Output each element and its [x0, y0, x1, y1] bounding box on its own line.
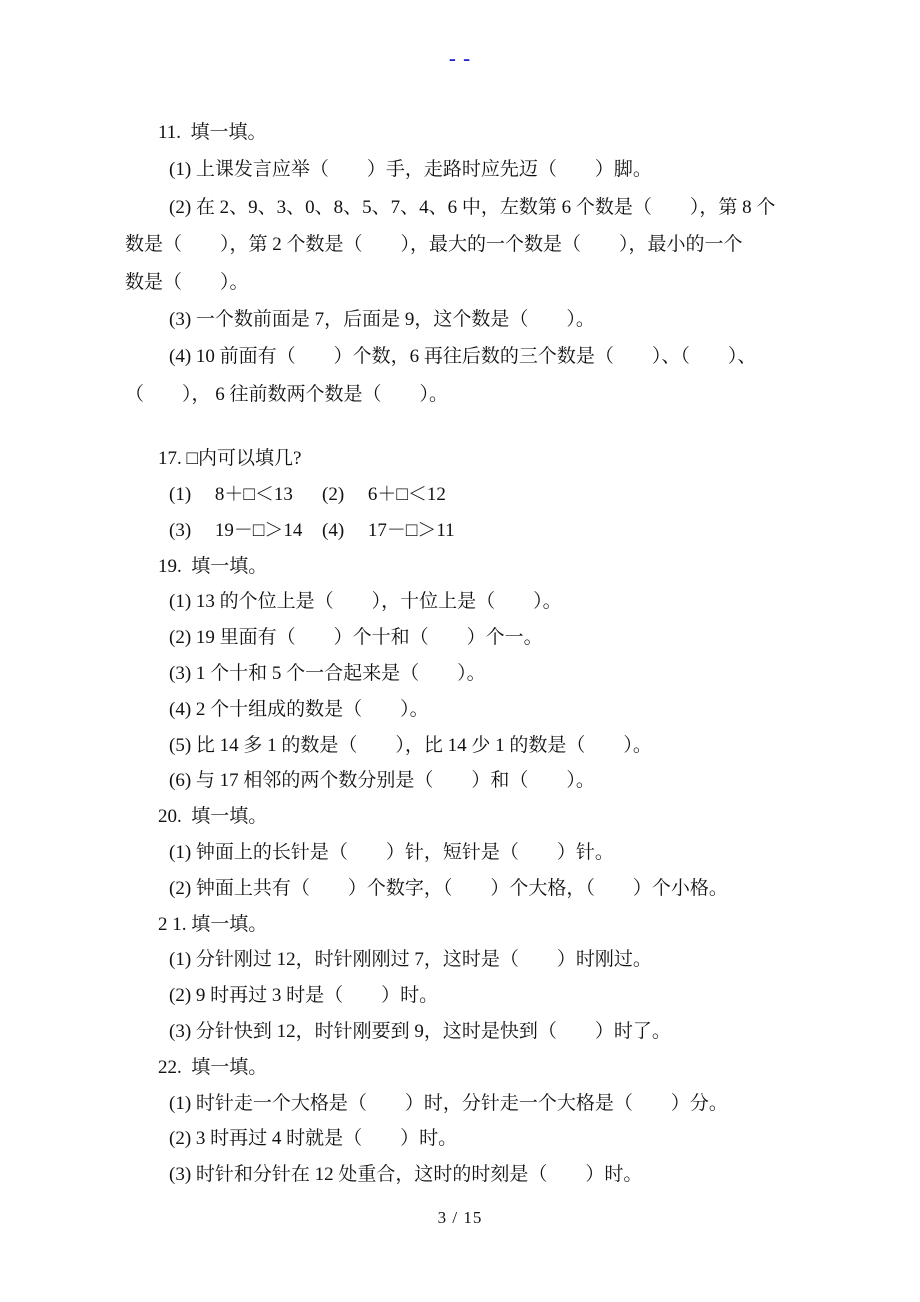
section-block-a: 11. 填一填。(1) 上课发言应举（ ）手，走路时应先迈（ ）脚。(2) 在 … [125, 114, 815, 413]
section-heading: 22. 填一填。 [158, 1050, 815, 1086]
section-heading: 19. 填一填。 [158, 549, 815, 585]
question-line: (2) 3 时再过 4 时就是（ ）时。 [169, 1121, 815, 1157]
question-line: (2) 在 2、9、3、0、8、5、7、4、6 中，左数第 6 个数是（ ），第… [169, 189, 815, 226]
question-line: (5) 比 14 多 1 的数是（ ），比 14 少 1 的数是（ ）。 [169, 728, 815, 764]
formula-line: (3) 19－□＞14(4) 17－□＞11 [169, 513, 815, 549]
question-line: (1) 分针刚过 12，时针刚刚过 7，这时是（ ）时刚过。 [169, 942, 815, 978]
formula-part: (1) 8＋□＜13 [169, 477, 322, 513]
question-line: (1) 上课发言应举（ ）手，走路时应先迈（ ）脚。 [169, 151, 815, 188]
question-line: (3) 分针快到 12，时针刚要到 9，这时是快到（ ）时了。 [169, 1014, 815, 1050]
question-continuation: 数是（ ），第 2 个数是（ ），最大的一个数是（ ），最小的一个 [125, 226, 815, 263]
section-heading: 17. □内可以填几? [158, 441, 815, 477]
formula-part: (3) 19－□＞14 [169, 513, 322, 549]
section-heading: 20. 填一填。 [158, 799, 815, 835]
question-line: (3) 一个数前面是 7，后面是 9，这个数是（ ）。 [169, 301, 815, 338]
section-heading: 2 1. 填一填。 [158, 907, 815, 943]
document-page: - - 11. 填一填。(1) 上课发言应举（ ）手，走路时应先迈（ ）脚。(2… [0, 0, 920, 1302]
question-continuation: （ ）， 6 往前数两个数是（ ）。 [125, 376, 815, 413]
question-line: (3) 1 个十和 5 个一合起来是（ ）。 [169, 656, 815, 692]
section-heading: 11. 填一填。 [158, 114, 815, 151]
formula-line: (1) 8＋□＜13(2) 6＋□＜12 [169, 477, 815, 513]
question-line: (6) 与 17 相邻的两个数分别是（ ）和（ ）。 [169, 763, 815, 799]
question-continuation: 数是（ ）。 [125, 264, 815, 301]
question-line: (2) 钟面上共有（ ）个数字，（ ）个大格，（ ）个小格。 [169, 871, 815, 907]
question-line: (3) 时针和分针在 12 处重合，这时的时刻是（ ）时。 [169, 1157, 815, 1193]
question-line: (1) 13 的个位上是（ ），十位上是（ ）。 [169, 584, 815, 620]
question-line: (2) 9 时再过 3 时是（ ）时。 [169, 978, 815, 1014]
formula-part: (4) 17－□＞11 [322, 520, 455, 541]
question-line: (4) 2 个十组成的数是（ ）。 [169, 692, 815, 728]
section-block-b: 17. □内可以填几?(1) 8＋□＜13(2) 6＋□＜12(3) 19－□＞… [125, 441, 815, 1193]
question-line: (2) 19 里面有（ ）个十和（ ）个一。 [169, 620, 815, 656]
question-line: (1) 钟面上的长针是（ ）针，短针是（ ）针。 [169, 835, 815, 871]
page-number: 3 / 15 [0, 1206, 920, 1230]
question-line: (1) 时针走一个大格是（ ）时，分针走一个大格是（ ）分。 [169, 1086, 815, 1122]
header-dashes: - - [0, 48, 920, 69]
worksheet-content: 11. 填一填。(1) 上课发言应举（ ）手，走路时应先迈（ ）脚。(2) 在 … [125, 114, 815, 1193]
question-line: (4) 10 前面有（ ）个数，6 再往后数的三个数是（ ）、（ ）、 [169, 338, 815, 375]
formula-part: (2) 6＋□＜12 [322, 484, 446, 505]
